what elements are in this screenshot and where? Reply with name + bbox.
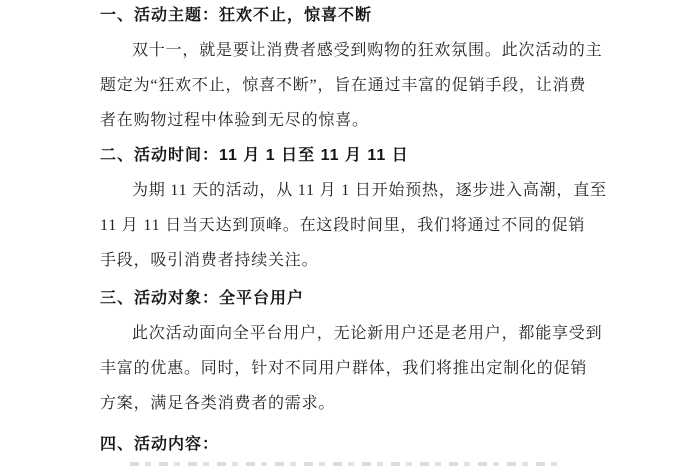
section-activity-time: 二、活动时间：11 月 1 日至 11 月 11 日 为期 11 天的活动，从 … xyxy=(100,138,602,278)
section-activity-audience: 三、活动对象：全平台用户 此次活动面向全平台用户，无论新用户还是老用户，都能享受… xyxy=(100,281,602,421)
section-heading: 四、活动内容： xyxy=(100,427,602,462)
text-line: 为期 11 天的活动，从 11 月 1 日开始预热，逐步进入高潮，直至 xyxy=(100,173,602,208)
section-heading: 三、活动对象：全平台用户 xyxy=(100,281,602,316)
section-heading: 二、活动时间：11 月 1 日至 11 月 11 日 xyxy=(100,138,602,173)
document-page: 一、活动主题：狂欢不止，惊喜不断 双十一，就是要让消费者感受到购物的狂欢氛围。此… xyxy=(0,0,700,470)
text-line: 丰富的优惠。同时，针对不同用户群体，我们将推出定制化的促销 xyxy=(100,351,602,386)
text-line: 方案，满足各类消费者的需求。 xyxy=(100,386,602,421)
section-activity-content: 四、活动内容： xyxy=(100,427,602,462)
text-line: 手段，吸引消费者持续关注。 xyxy=(100,243,602,278)
text-line: 双十一，就是要让消费者感受到购物的狂欢氛围。此次活动的主 xyxy=(100,33,602,68)
text-line: 者在购物过程中体验到无尽的惊喜。 xyxy=(100,103,602,138)
section-activity-theme: 一、活动主题：狂欢不止，惊喜不断 双十一，就是要让消费者感受到购物的狂欢氛围。此… xyxy=(100,0,602,138)
clipped-text-line xyxy=(130,462,560,470)
text-line: 此次活动面向全平台用户，无论新用户还是老用户，都能享受到 xyxy=(100,316,602,351)
section-heading: 一、活动主题：狂欢不止，惊喜不断 xyxy=(100,0,602,33)
text-line: 题定为“狂欢不止，惊喜不断”，旨在通过丰富的促销手段，让消费 xyxy=(100,68,602,103)
text-line: 11 月 11 日当天达到顶峰。在这段时间里，我们将通过不同的促销 xyxy=(100,208,602,243)
